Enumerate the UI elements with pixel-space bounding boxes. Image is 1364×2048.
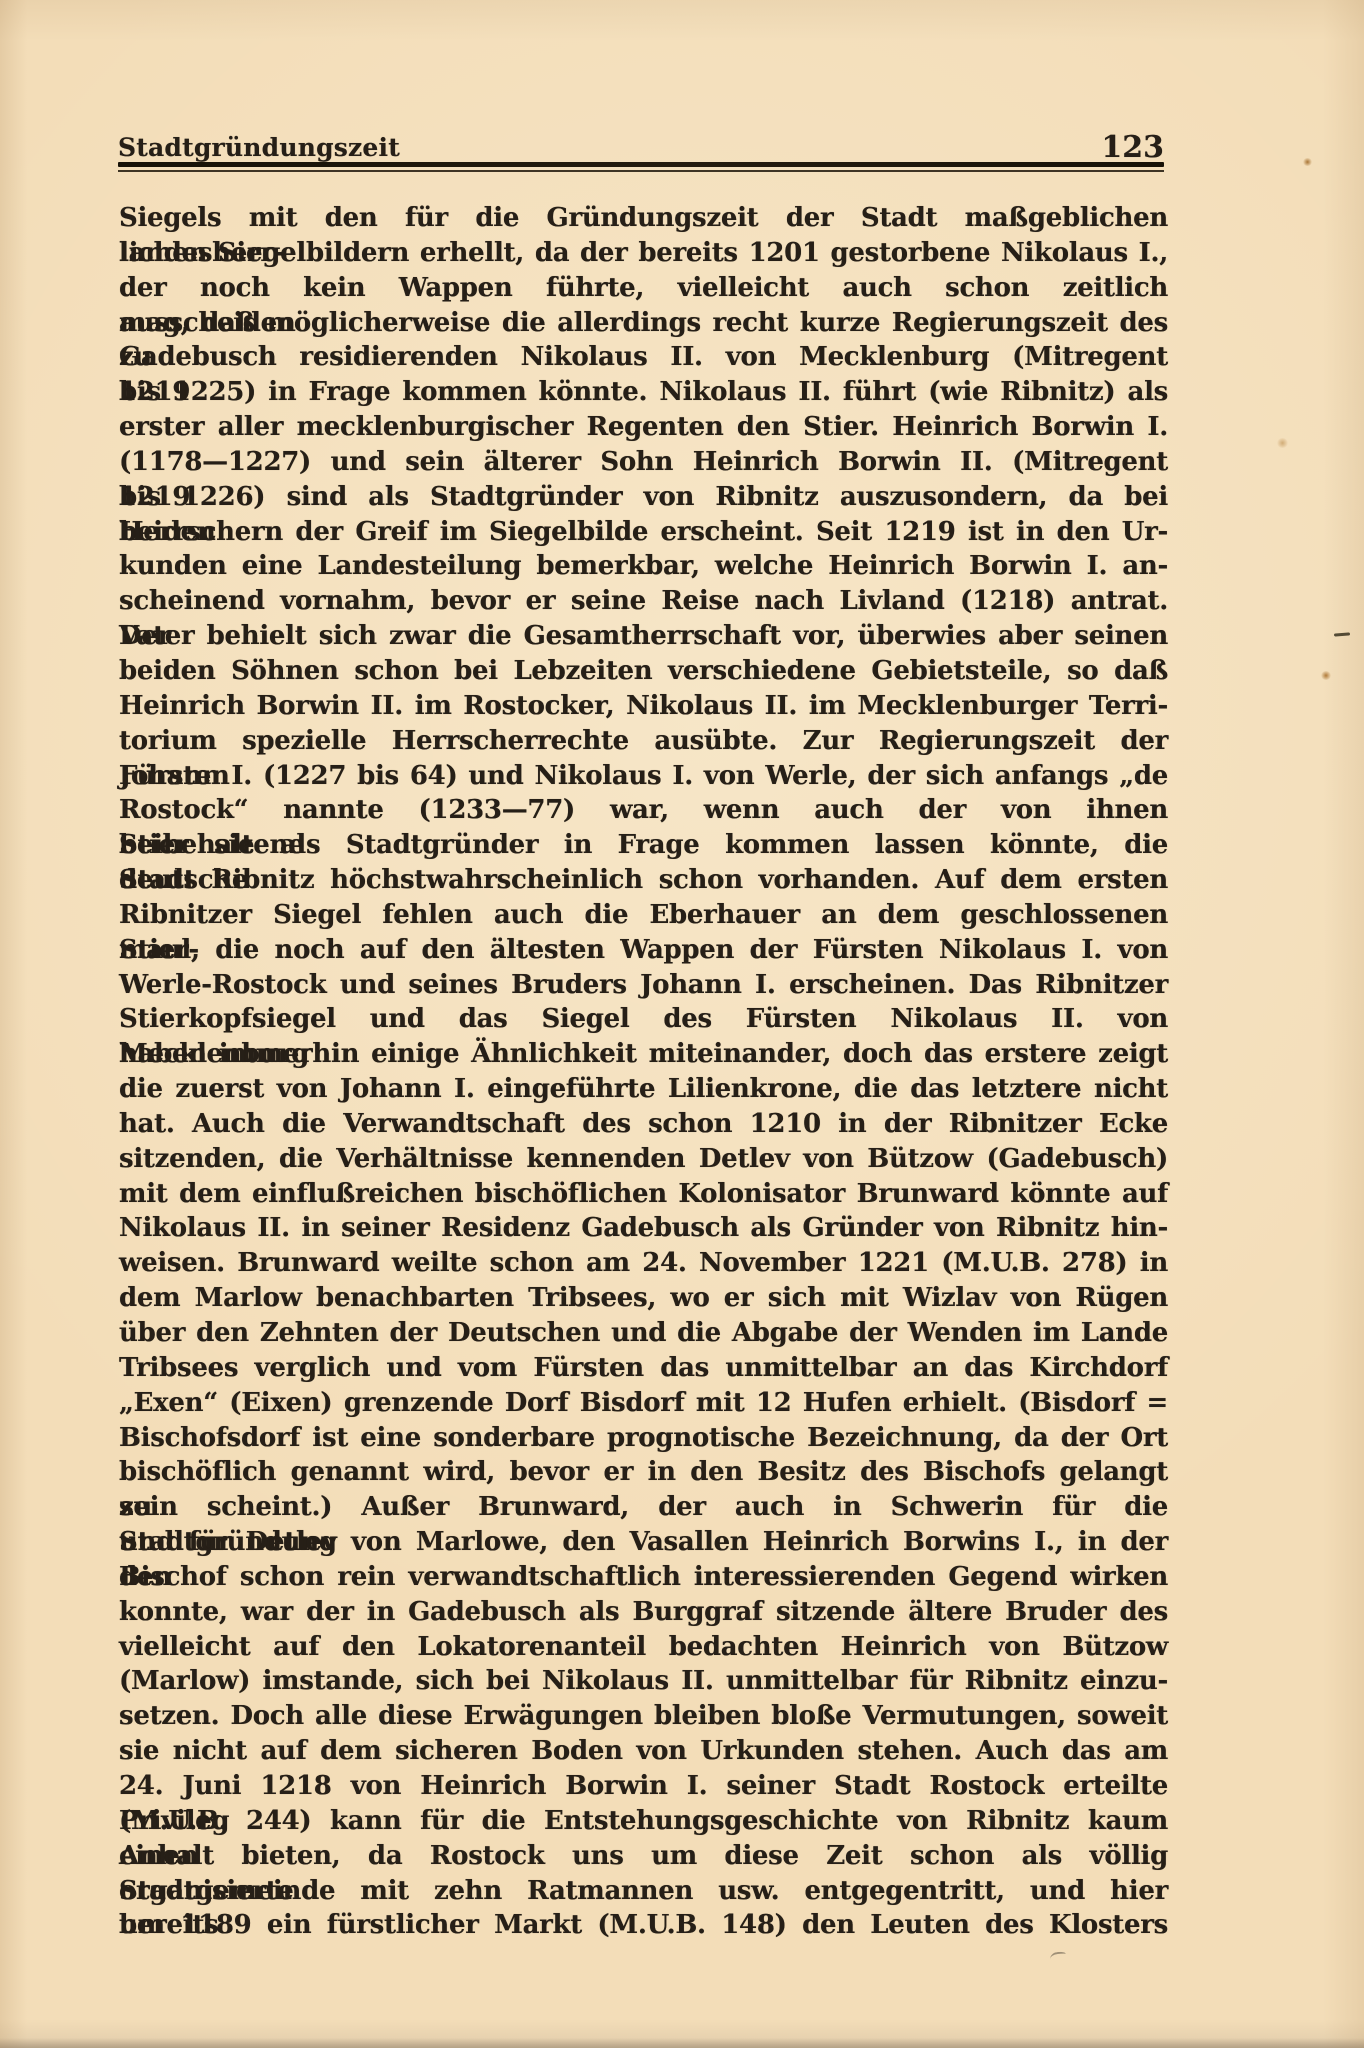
foxing-spot: [1277, 438, 1288, 448]
text-line: scheinend vornahm, bevor er seine Reise …: [119, 584, 1168, 619]
text-line: lichen Siegelbildern erhellt, da der ber…: [119, 236, 1168, 271]
header-rule: [118, 162, 1164, 172]
text-line: vielleicht auf den Lokatorenanteil bedac…: [119, 1630, 1168, 1665]
text-line: Rostock“ nannte (1233—77) war, wenn auch…: [119, 793, 1168, 828]
text-line: setzen. Doch alle diese Erwägungen bleib…: [119, 1699, 1168, 1734]
text-line: Werle-Rostock und seines Bruders Johann …: [119, 968, 1168, 1003]
text-line: Johann I. (1227 bis 64) und Nikolaus I. …: [119, 759, 1168, 794]
body-text-block: Siegels mit den für die Gründungszeit de…: [119, 201, 1168, 1943]
header-rule-thick-line: [118, 162, 1164, 167]
text-line: (M.U.B. 244) kann für die Entstehungsges…: [119, 1804, 1168, 1839]
book-page: Stadtgründungszeit 123 Siegels mit den f…: [0, 0, 1364, 2048]
page-bottom-edge-shadow: [0, 2038, 1364, 2048]
text-line: dem Marlow benachbarten Tribsees, wo er …: [119, 1281, 1168, 1316]
text-line: Anhalt bieten, da Rostock uns um diese Z…: [119, 1839, 1168, 1874]
text-line: beiden Söhnen schon bei Lebzeiten versch…: [119, 654, 1168, 689]
text-line: konnte, war der in Gadebusch als Burggra…: [119, 1595, 1168, 1630]
running-header-title: Stadtgründungszeit: [118, 135, 400, 163]
text-line: um 1189 ein fürstlicher Markt (M.U.B. 14…: [119, 1908, 1168, 1943]
text-line: sitzenden, die Verhältnisse kennenden De…: [119, 1142, 1168, 1177]
foxing-spot: [1303, 158, 1312, 166]
text-line: sein scheint.) Außer Brunward, der auch …: [119, 1490, 1168, 1525]
text-line: mag, daß möglicherweise die allerdings r…: [119, 306, 1168, 341]
text-line: weisen. Brunward weilte schon am 24. Nov…: [119, 1246, 1168, 1281]
foxing-spot: [1321, 671, 1331, 680]
text-line: bis 1226) sind als Stadtgründer von Ribn…: [119, 480, 1168, 515]
text-line: die zuerst von Johann I. eingeführte Lil…: [119, 1072, 1168, 1107]
text-line: Tribsees verglich und vom Fürsten das un…: [119, 1351, 1168, 1386]
text-line: erster aller mecklenburgischer Regenten …: [119, 410, 1168, 445]
text-line: Stadt Ribnitz höchstwahrscheinlich schon…: [119, 863, 1168, 898]
text-line: Nikolaus II. in seiner Residenz Gadebusc…: [119, 1211, 1168, 1246]
text-line: über den Zehnten der Deutschen und die A…: [119, 1316, 1168, 1351]
text-line: mit dem einflußreichen bischöflichen Kol…: [119, 1177, 1168, 1212]
text-line: der noch kein Wappen führte, vielleicht …: [119, 271, 1168, 306]
text-line: maul, die noch auf den ältesten Wappen d…: [119, 933, 1168, 968]
ink-dash-mark: [1334, 632, 1350, 636]
text-line: Gadebusch residierenden Nikolaus II. von…: [119, 340, 1168, 375]
pencil-squiggle-mark: [1050, 1951, 1067, 1962]
text-line: 24. Juni 1218 von Heinrich Borwin I. sei…: [119, 1769, 1168, 1804]
text-line: Vater behielt sich zwar die Gesamtherrsc…: [119, 619, 1168, 654]
text-line: Stierkopfsiegel und das Siegel des Fürst…: [119, 1002, 1168, 1037]
page-number: 123: [1101, 133, 1164, 163]
text-line: Heinrich Borwin II. im Rostocker, Nikola…: [119, 689, 1168, 724]
text-line: Bischof schon rein verwandtschaftlich in…: [119, 1560, 1168, 1595]
text-line: hat. Auch die Verwandtschaft des schon 1…: [119, 1107, 1168, 1142]
header-rule-thin-line: [118, 170, 1164, 172]
text-line: kunden eine Landesteilung bemerkbar, wel…: [119, 549, 1168, 584]
text-line: Siegels mit den für die Gründungszeit de…: [119, 201, 1168, 236]
text-line: Ribnitzer Siegel fehlen auch die Eberhau…: [119, 898, 1168, 933]
text-line: torium spezielle Herrscherrechte ausübte…: [119, 724, 1168, 759]
text-line: Bischofsdorf ist eine sonderbare prognot…: [119, 1421, 1168, 1456]
text-line: und für Detlev von Marlowe, den Vasallen…: [119, 1525, 1168, 1560]
text-line: (Marlow) imstande, sich bei Nikolaus II.…: [119, 1664, 1168, 1699]
text-line: Stier sie als Stadtgründer in Frage komm…: [119, 828, 1168, 863]
text-line: Stadtgemeinde mit zehn Ratmannen usw. en…: [119, 1874, 1168, 1909]
text-line: „Exen“ (Eixen) grenzende Dorf Bisdorf mi…: [119, 1386, 1168, 1421]
text-line: (1178—1227) und sein älterer Sohn Heinri…: [119, 445, 1168, 480]
running-header: Stadtgründungszeit 123: [118, 0, 1164, 163]
text-line: Herrschern der Greif im Siegelbilde ersc…: [119, 515, 1168, 550]
text-line: bis 1225) in Frage kommen könnte. Nikola…: [119, 375, 1168, 410]
text-line: bischöflich genannt wird, bevor er in de…: [119, 1455, 1168, 1490]
text-line: haben immerhin einige Ähnlichkeit mitein…: [119, 1037, 1168, 1072]
text-line: sie nicht auf dem sicheren Boden von Urk…: [119, 1734, 1168, 1769]
